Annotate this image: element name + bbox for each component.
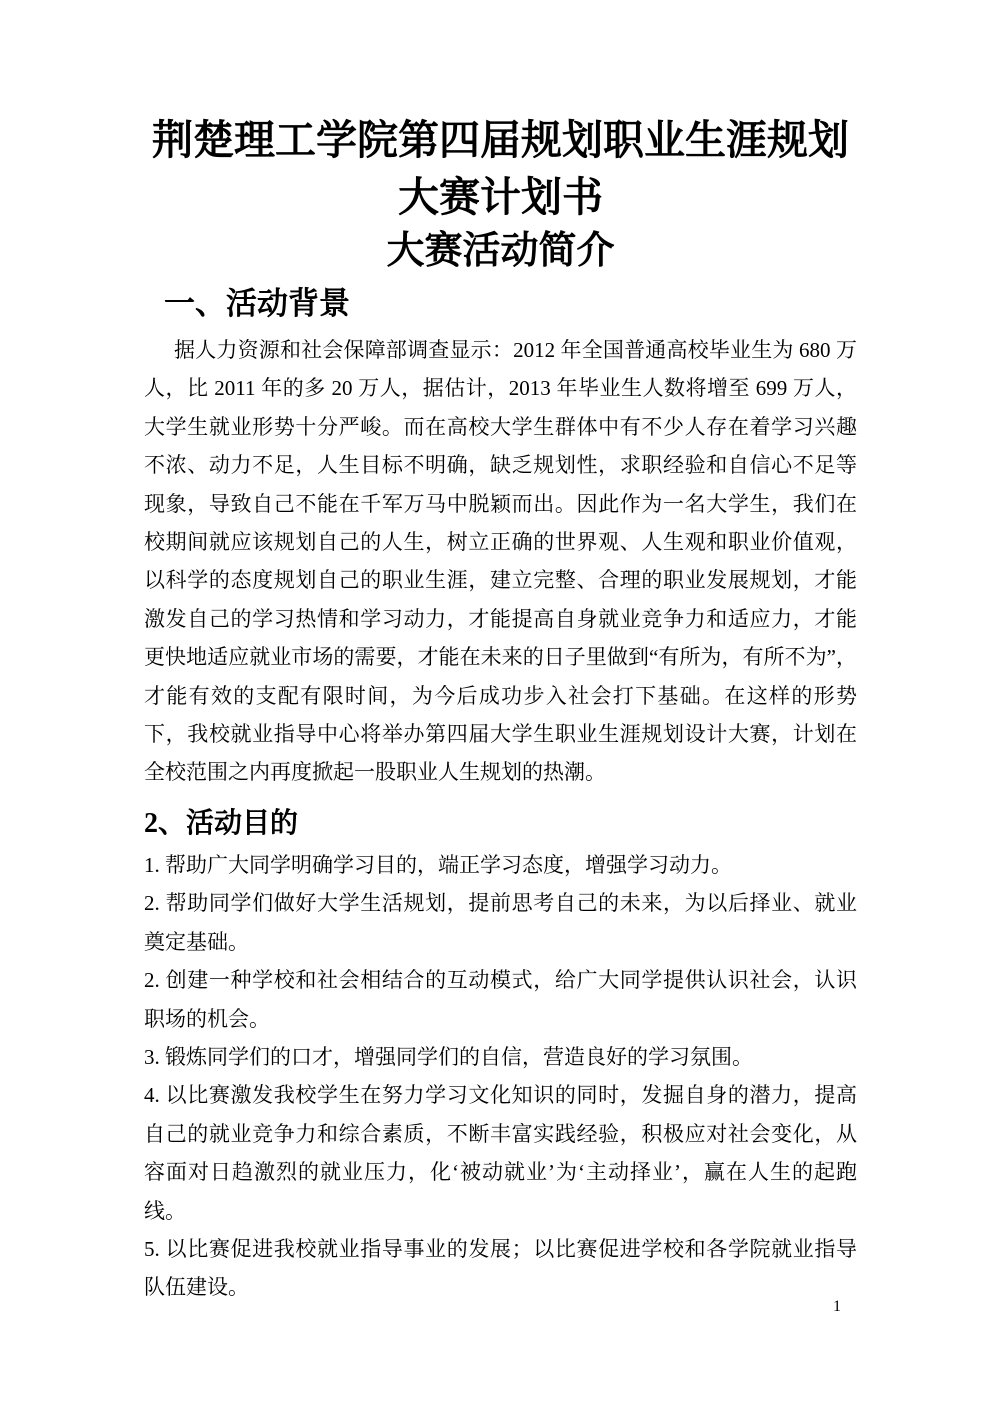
document-title-line2: 大赛计划书 — [144, 169, 857, 226]
goal-item: 2. 创建一种学校和社会相结合的互动模式，给广大同学提供认识社会，认识职场的机会… — [144, 961, 857, 1038]
goal-item: 2. 帮助同学们做好大学生活规划，提前思考自己的未来，为以后择业、就业奠定基础。 — [144, 884, 857, 961]
goal-item: 3. 锻炼同学们的口才，增强同学们的自信，营造良好的学习氛围。 — [144, 1038, 857, 1076]
document-subtitle: 大赛活动简介 — [144, 226, 857, 276]
section-heading-activity-background: 一、活动背景 — [144, 284, 857, 323]
page-number: 1 — [833, 1297, 841, 1317]
document-title: 荆楚理工学院第四届规划职业生涯规划 大赛计划书 — [144, 112, 857, 226]
goal-item: 4. 以比赛激发我校学生在努力学习文化知识的同时，发掘自身的潜力，提高自己的就业… — [144, 1076, 857, 1230]
goals-list: 1. 帮助广大同学明确学习目的，端正学习态度，增强学习动力。2. 帮助同学们做好… — [144, 846, 857, 1307]
background-paragraph: 据人力资源和社会保障部调查显示：2012 年全国普通高校毕业生为 680 万人，… — [144, 331, 857, 792]
document-page: 荆楚理工学院第四届规划职业生涯规划 大赛计划书 大赛活动简介 一、活动背景 据人… — [0, 0, 993, 1404]
section-heading-activity-goals: 2、活动目的 — [144, 804, 857, 844]
goal-item: 1. 帮助广大同学明确学习目的，端正学习态度，增强学习动力。 — [144, 846, 857, 884]
document-title-line1: 荆楚理工学院第四届规划职业生涯规划 — [144, 112, 857, 169]
goal-item: 5. 以比赛促进我校就业指导事业的发展；以比赛促进学校和各学院就业指导队伍建设。 — [144, 1230, 857, 1307]
